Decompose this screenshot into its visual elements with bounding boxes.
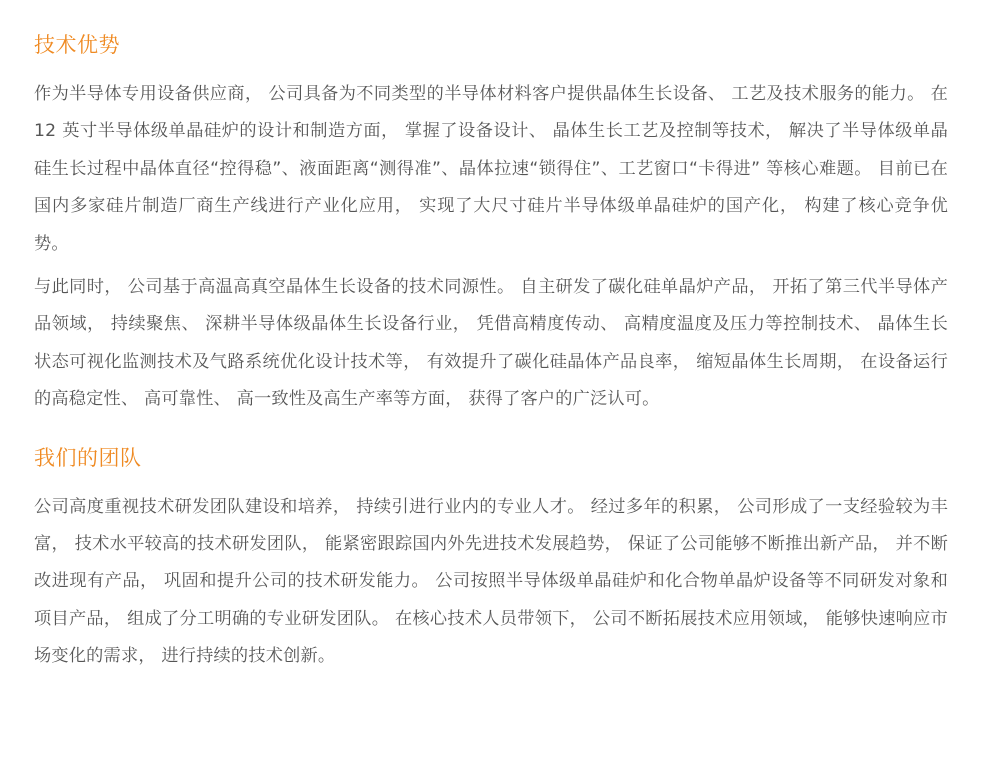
section-title-our-team: 我们的团队	[34, 443, 948, 473]
section-tech-advantage: 技术优势 作为半导体专用设备供应商， 公司具备为不同类型的半导体材料客户提供晶体…	[34, 30, 948, 419]
paragraph-our-team-1: 公司高度重视技术研发团队建设和培养， 持续引进行业内的专业人才。 经过多年的积累…	[34, 489, 948, 676]
section-title-tech-advantage: 技术优势	[34, 30, 948, 60]
paragraph-tech-advantage-2: 与此同时， 公司基于高温高真空晶体生长设备的技术同源性。 自主研发了碳化硅单晶炉…	[34, 269, 948, 419]
paragraph-tech-advantage-1: 作为半导体专用设备供应商， 公司具备为不同类型的半导体材料客户提供晶体生长设备、…	[34, 76, 948, 263]
section-our-team: 我们的团队 公司高度重视技术研发团队建设和培养， 持续引进行业内的专业人才。 经…	[34, 443, 948, 676]
content-page: 技术优势 作为半导体专用设备供应商， 公司具备为不同类型的半导体材料客户提供晶体…	[0, 0, 948, 676]
